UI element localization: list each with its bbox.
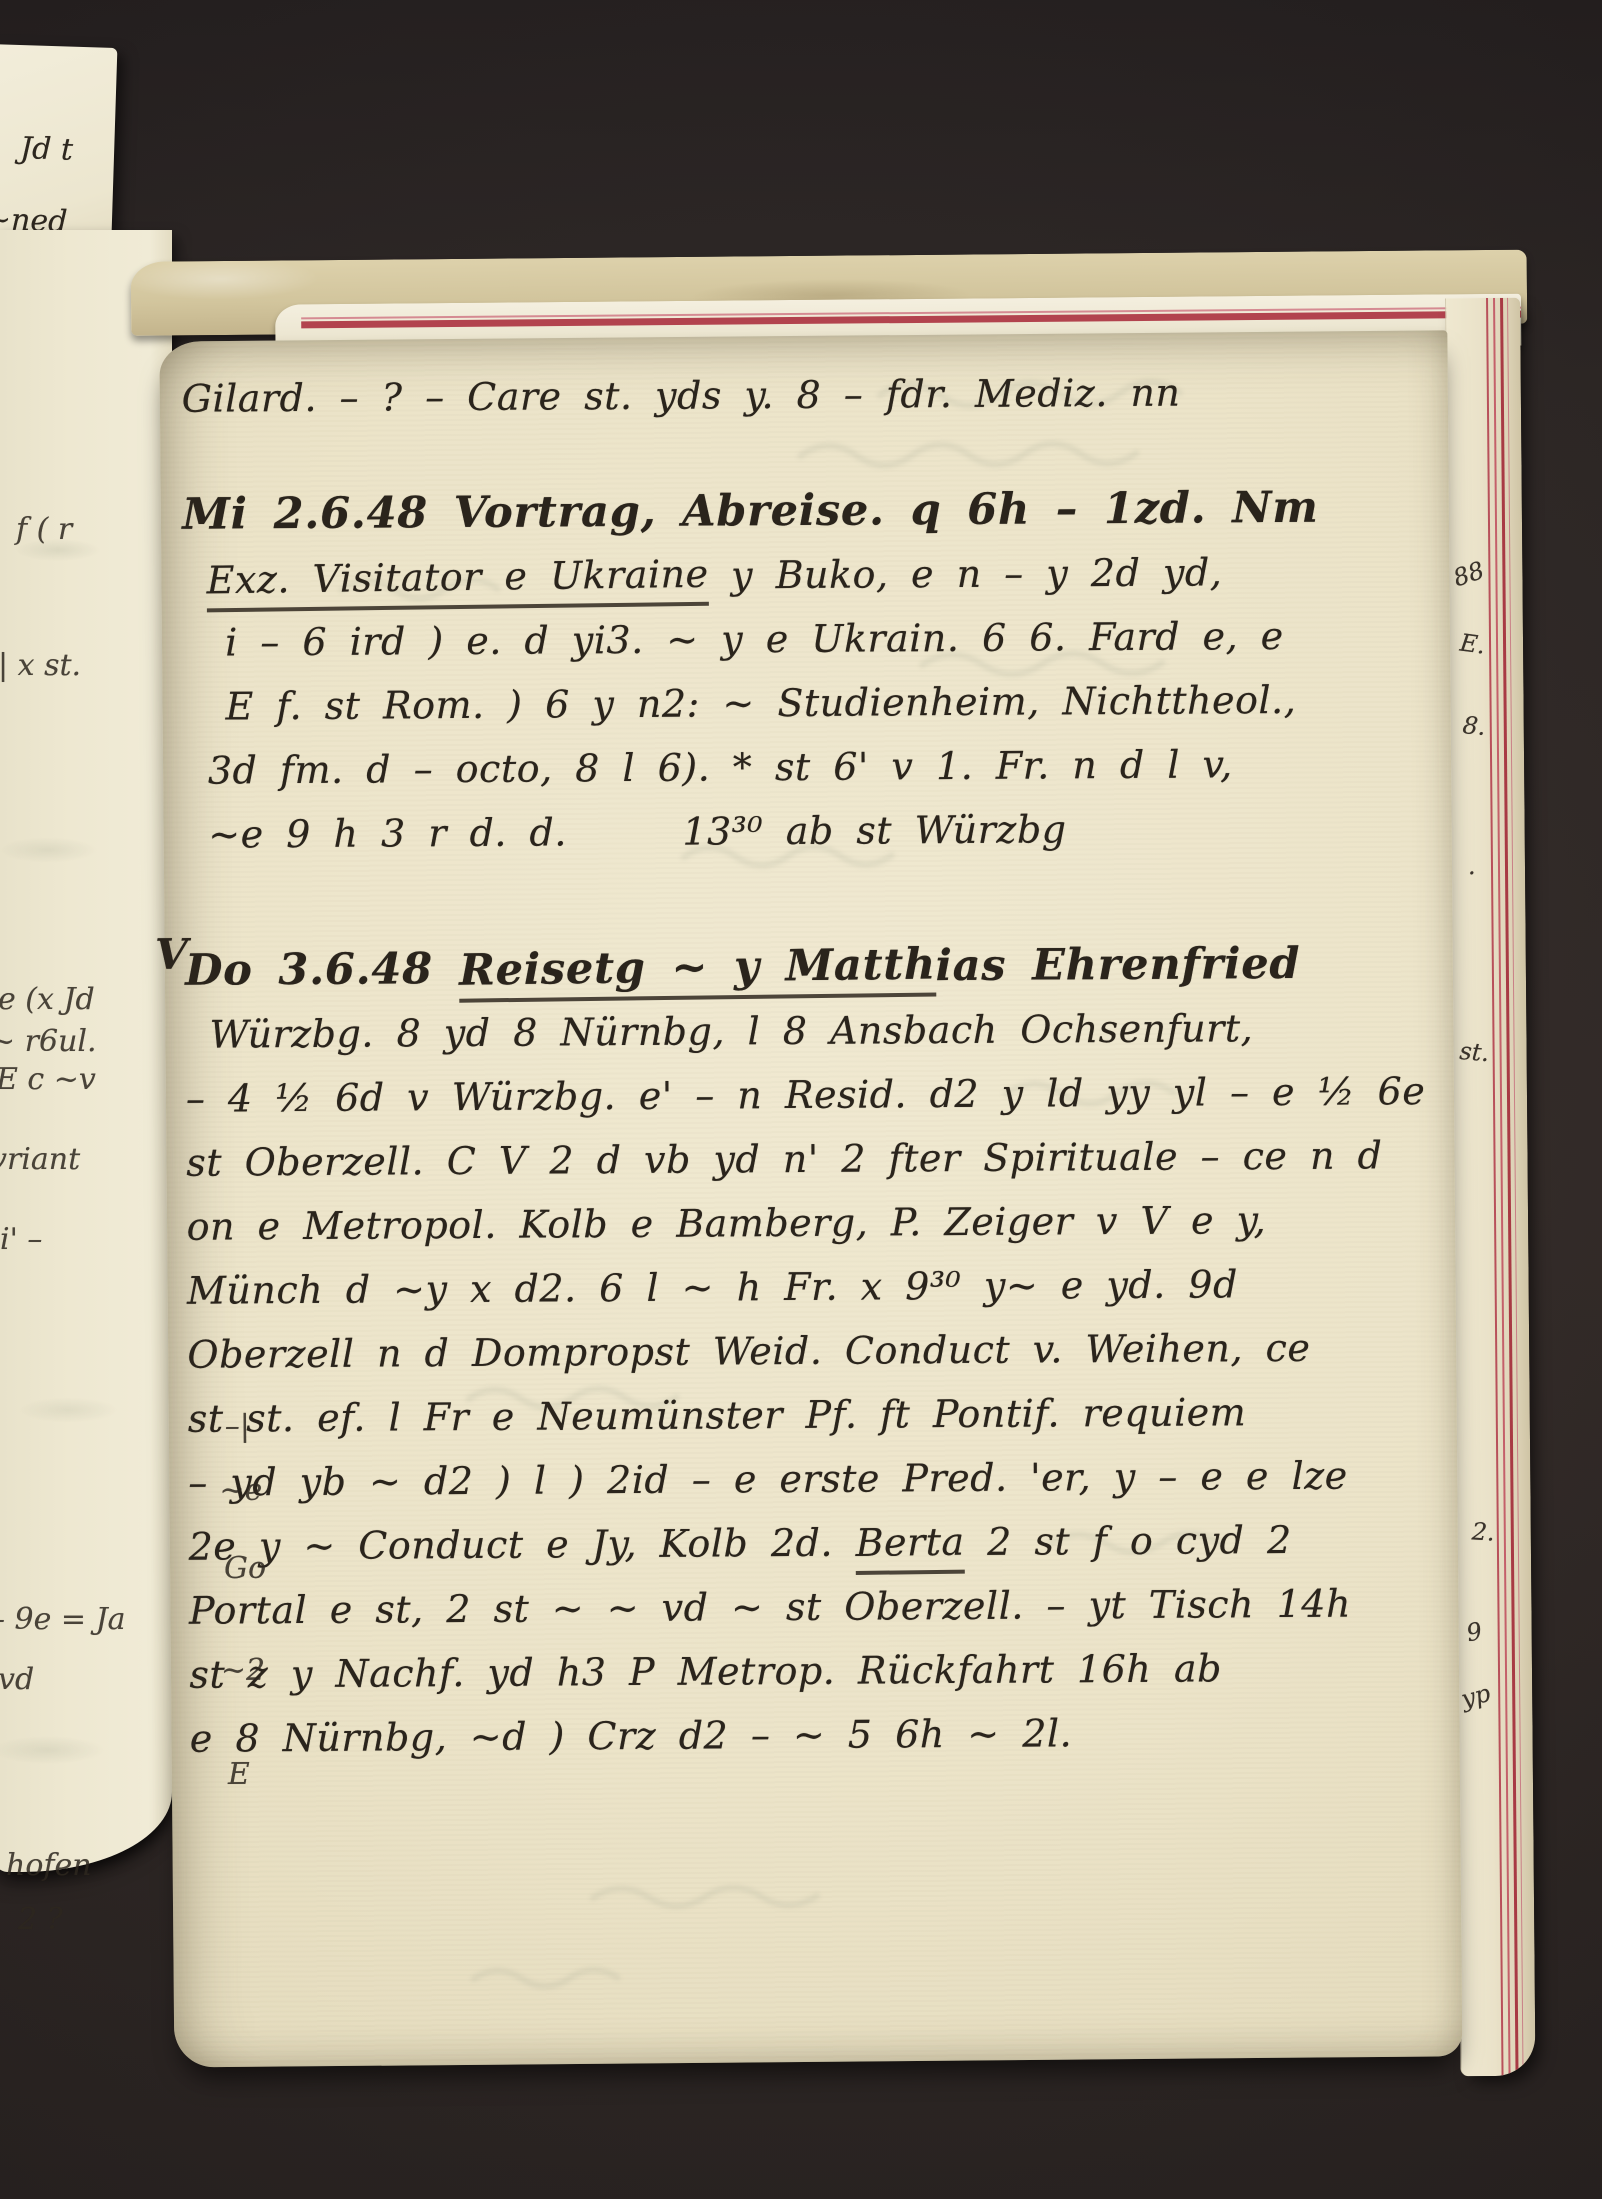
line-text: Würzbg. 8 yd 8 Nürnbg, l 8 Ansbach Ochse…: [209, 1006, 1253, 1056]
handwriting-fragment: Go: [224, 1551, 266, 1586]
line-text: Mi 2.6.48 Vortrag, Abreise. q 6h – 1zd. …: [182, 483, 1319, 540]
handwriting-fragment: 8.: [1461, 711, 1486, 741]
handwriting-line: Münch d ~y x d2. 6 l ~ h Fr. x 9³⁰ y~ e …: [187, 1254, 1447, 1326]
underlined-text: Berta: [855, 1517, 964, 1575]
line-text: 3d fm. d – octo, 8 l 6). * st 6' v 1. Fr…: [208, 742, 1233, 792]
line-text: – 4 ½ 6d v Würzbg. e' – n Resid. d2 y ld…: [186, 1069, 1426, 1121]
line-text: st z y Nachf. yd h3 P Metrop. Rückfahrt …: [189, 1646, 1222, 1696]
handwriting-line: st Oberzell. C V 2 d vb yd n' 2 fter Spi…: [186, 1126, 1446, 1198]
handwriting-fragment: ~2: [221, 1653, 266, 1688]
handwriting-fragment: .: [1468, 852, 1476, 880]
handwriting-line: – yd yb ~ d2 ) l ) 2id – e erste Pred. '…: [188, 1446, 1448, 1518]
handwriting-line: Oberzell n d Dompropst Weid. Conduct v. …: [187, 1318, 1447, 1390]
line-text: – yd yb ~ d2 ) l ) 2id – e erste Pred. '…: [188, 1454, 1348, 1505]
handwriting-fragment: E.: [1458, 629, 1487, 660]
line-text: 2e y ~ Conduct e Jy, Kolb 2d.: [188, 1521, 855, 1569]
handwriting-line: Gilard. – ? – Care st. yds y. 8 – fdr. M…: [181, 362, 1441, 434]
line-text: Oberzell n d Dompropst Weid. Conduct v. …: [187, 1326, 1310, 1377]
handwriting-line: st st. ef. l Fr e Neumünster Pf. ft Pont…: [188, 1382, 1448, 1454]
line-text: ias Ehrenfried: [935, 939, 1300, 991]
handwriting-line: Würzbg. 8 yd 8 Nürnbg, l 8 Ansbach Ochse…: [185, 998, 1445, 1070]
line-text: E f. st Rom. ) 6 y n2: ~ Studienheim, Ni…: [225, 678, 1296, 729]
handwriting-line: ~e 9 h 3 r d. d. 13³⁰ ab st Würzbg: [184, 798, 1444, 870]
line-text: st Oberzell. C V 2 d vb yd n' 2 fter Spi…: [186, 1133, 1382, 1184]
handwriting-line: E f. st Rom. ) 6 y n2: ~ Studienheim, Ni…: [183, 670, 1443, 742]
line-text: st st. ef. l Fr e Neumünster Pf. ft Pont…: [188, 1390, 1247, 1440]
underlined-text: Reisetg ~ y Matth: [458, 939, 935, 1002]
handwriting-line: 2e y ~ Conduct e Jy, Kolb 2d. Berta 2 st…: [188, 1510, 1448, 1582]
handwriting-line: VDo 3.6.48 Reisetg ~ y Matthias Ehrenfri…: [185, 934, 1445, 1006]
handwriting-line: – 4 ½ 6d v Würzbg. e' – n Resid. d2 y ld…: [186, 1062, 1446, 1134]
handwriting-line: on e Metropol. Kolb e Bamberg, P. Zeiger…: [187, 1190, 1447, 1262]
handwriting-fragment: ~e: [219, 1473, 262, 1508]
line-text: e 8 Nürnbg, ~d ) Crz d2 – ~ 5 6h ~ 2l.: [190, 1711, 1073, 1760]
line-text: y Buko, e n – y 2d yd,: [708, 550, 1222, 597]
handwriting-fragment: st.: [1459, 1037, 1491, 1067]
handwriting-line: Exz. Visitator e Ukraine y Buko, e n – y…: [183, 542, 1443, 614]
line-text: Münch d ~y x d2. 6 l ~ h Fr. x 9³⁰ y~ e …: [187, 1262, 1238, 1312]
line-text: 2 st f o cyd 2: [964, 1518, 1291, 1564]
margin-checkmark: V: [155, 926, 189, 984]
line-text: ~e 9 h 3 r d. d. 13³⁰ ab st Würzbg: [208, 807, 1067, 856]
line-text: i – 6 ird ) e. d yi3. ~ y e Ukrain. 6 6.…: [225, 614, 1284, 664]
handwriting-line: st z y Nachf. yd h3 P Metrop. Rückfahrt …: [189, 1638, 1449, 1710]
gutter-marks: –|~eGo~2E: [0, 0, 1592, 7]
handwriting-line: Portal e st, 2 st ~ ~ vd ~ st Oberzell. …: [189, 1574, 1449, 1646]
notebook: Gilard. – ? – Care st. yds y. 8 – fdr. M…: [0, 0, 1602, 2199]
handwriting-block: Gilard. – ? – Care st. yds y. 8 – fdr. M…: [181, 362, 1450, 1774]
underlined-text: Exz. Visitator e Ukraine: [207, 549, 709, 613]
handwriting-fragment: E: [228, 1757, 250, 1792]
line-text: Do 3.6.48: [185, 944, 459, 996]
handwriting-fragment: 2.: [1471, 1517, 1496, 1546]
handwriting-line: i – 6 ird ) e. d yi3. ~ y e Ukrain. 6 6.…: [183, 606, 1443, 678]
handwriting-line: 3d fm. d – octo, 8 l 6). * st 6' v 1. Fr…: [184, 734, 1444, 806]
handwriting-line: Mi 2.6.48 Vortrag, Abreise. q 6h – 1zd. …: [182, 478, 1442, 550]
line-text: on e Metropol. Kolb e Bamberg, P. Zeiger…: [187, 1198, 1267, 1249]
line-text: Portal e st, 2 st ~ ~ vd ~ st Oberzell. …: [189, 1582, 1351, 1633]
line-text: Gilard. – ? – Care st. yds y. 8 – fdr. M…: [181, 371, 1180, 421]
handwriting-fragment: –|: [225, 1409, 250, 1444]
handwriting-line: e 8 Nürnbg, ~d ) Crz d2 – ~ 5 6h ~ 2l.: [190, 1702, 1450, 1774]
photographed-diary: Jd t~ned f ( r| x st.e (x Jd~ r6ul.E c ~…: [0, 0, 1602, 2199]
fore-edge-fragments: 88E.8..st.2.9yp: [0, 0, 1592, 7]
